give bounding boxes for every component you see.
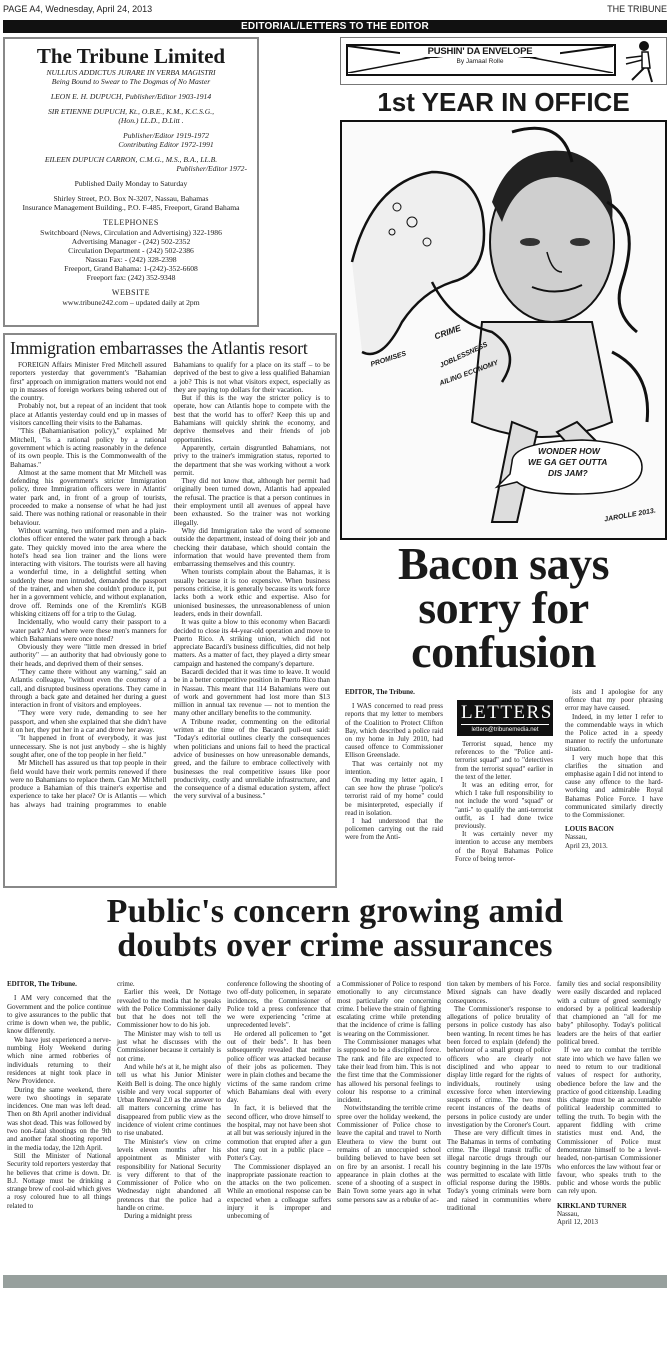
paragraph: I WAS concerned to read press reports th… [345, 702, 443, 759]
headline-line: sorry for [340, 586, 667, 630]
founder-line: LEON E. H. DUPUCH, Publisher/Editor 1903… [11, 92, 251, 101]
letter-column: a Commissioner of Police to respond emot… [337, 980, 441, 1204]
letter-salutation: EDITOR, The Tribune. [345, 688, 443, 696]
bottom-rule-bar [3, 1275, 667, 1288]
signature-name: LOUIS BACON [565, 825, 663, 833]
paragraph: Bacardi decided that it was time to leav… [174, 668, 331, 718]
telephone-line: Circulation Department - (242) 502-2386 [11, 246, 251, 255]
telephone-line: Advertising Manager - (242) 502-2352 [11, 237, 251, 246]
paragraph: I very much hope that this clarifies the… [565, 754, 663, 820]
letters-badge-title: LETTERS [461, 700, 549, 725]
published-line: Published Daily Monday to Saturday [11, 179, 251, 188]
etienne-role-1: Publisher/Editor 1919-1972 [11, 131, 251, 140]
paragraph: I AM very concerned that the Government … [7, 994, 111, 1035]
paragraph: It was quite a blow to this economy when… [174, 618, 331, 668]
etienne-line-1: SIR ETIENNE DUPUCH, Kt., O.B.E., K.M., K… [11, 107, 251, 116]
cartoon-speech-line: DIS JAM? [548, 468, 588, 479]
paragraph: He ordered all policemen to "get out of … [227, 1030, 331, 1105]
signature-name: KIRKLAND TURNER [557, 1202, 661, 1210]
etienne-line-2: (Hon.) LL.D., D.Litt . [11, 116, 251, 125]
paragraph: It was an editing error, for which I tak… [455, 781, 553, 830]
telephones-heading: TELEPHONES [11, 218, 251, 228]
cartoon-byline: By Jamaal Rolle [430, 58, 530, 65]
paragraph: crime. [117, 980, 221, 988]
eileen-line-2: Publisher/Editor 1972- [11, 164, 251, 173]
paragraph: "They came there without any warning," s… [10, 668, 167, 709]
crime-headline: Public's concern growing amid doubts ove… [3, 895, 667, 963]
letter-column: ists and I apologise for any offence tha… [565, 688, 663, 850]
paragraph: Indeed, in my letter I refer to the comm… [565, 713, 663, 754]
signature-date: April 12, 2013 [557, 1218, 661, 1226]
website-heading: WEBSITE [11, 288, 251, 298]
signature-date: April 23, 2013. [565, 842, 663, 850]
motto-latin: NULLIUS ADDICTUS JURARE IN VERBA MAGISTR… [11, 68, 251, 77]
paragraph: "This (Bahamianisation policy)," explain… [10, 427, 167, 468]
masthead-box: The Tribune Limited NULLIUS ADDICTUS JUR… [3, 37, 259, 327]
letter-column: family ties and social responsibility we… [557, 980, 661, 1227]
paragraph: ists and I apologise for any offence tha… [565, 688, 663, 713]
cartoon-banner-title: PUSHIN' DA ENVELOPE [400, 46, 560, 57]
section-bar: EDITORIAL/LETTERS TO THE EDITOR [3, 20, 667, 33]
headline-line: Public's concern growing amid [3, 895, 667, 929]
etienne-role-2: Contributing Editor 1972-1991 [11, 140, 251, 149]
editorial-article: Immigration embarrasses the Atlantis res… [3, 333, 337, 888]
paragraph: But if this is the way the stricter poli… [174, 394, 331, 444]
paragraph: Without warning, two uniformed men and a… [10, 527, 167, 618]
paragraph: The Minister's view on crime levels elev… [117, 1138, 221, 1213]
cartoon-speech-line: WE GA GET OUTTA [528, 457, 607, 468]
paragraph: A Tribune reader, commenting on the edit… [174, 718, 331, 801]
paragraph: Obviously they were "little men dressed … [10, 643, 167, 668]
paragraph: Almost at the same moment that Mr Mitche… [10, 469, 167, 527]
motto-english: Being Bound to Swear to The Dogmas of No… [11, 77, 251, 86]
paragraph: We have just experienced a nerve-numbing… [7, 1036, 111, 1086]
paragraph: They did not know that, although her per… [174, 477, 331, 527]
letters-badge: LETTERS letters@tribunemedia.net [457, 700, 553, 736]
letter-column: conference following the shooting of two… [227, 980, 331, 1221]
paragraph: FOREIGN Affairs Minister Fred Mitchell a… [10, 361, 167, 402]
paragraph: On reading my letter again, I can see ho… [345, 776, 443, 817]
paragraph: And while he's at it, he might also tell… [117, 1063, 221, 1138]
letter-salutation: EDITOR, The Tribune. [7, 980, 111, 988]
telephone-line: Freeport, Grand Bahama: 1-(242)-352-6608 [11, 264, 251, 273]
paragraph: Why did Immigration take the word of som… [174, 527, 331, 568]
paragraph: The Commissioner displayed an inappropri… [227, 1163, 331, 1221]
headline-line: Bacon says [340, 542, 667, 586]
website-link[interactable]: www.tribune242.com – updated daily at 2p… [11, 298, 251, 307]
paragraph: The Commissioner's response to allegatio… [447, 1005, 551, 1129]
paragraph: That was certainly not my intention. [345, 760, 443, 776]
telephone-line: Switchboard (News, Circulation and Adver… [11, 228, 251, 237]
letter-column: EDITOR, The Tribune. I AM very concerned… [7, 980, 111, 1210]
paragraph: The Commissioner manages what is suppose… [337, 1038, 441, 1104]
paragraph: I had understood that the policemen carr… [345, 817, 443, 842]
paragraph: These are very difficult times in The Ba… [447, 1129, 551, 1212]
paragraph: When tourists complain about the Bahamas… [174, 568, 331, 618]
headline-line: doubts over crime assurances [3, 929, 667, 963]
letter-column: crime. Earlier this week, Dr Nottage rev… [117, 980, 221, 1221]
paragraph: Terrorist squad, hence my references to … [455, 740, 553, 781]
address-1: Shirley Street, P.O. Box N-3207, Nassau,… [11, 194, 251, 203]
pushing-man-icon [620, 40, 665, 84]
paragraph: Still the Minister of National Security … [7, 1152, 111, 1210]
eileen-line-1: EILEEN DUPUCH CARRON, C.M.G., M.S., B.A.… [11, 155, 251, 164]
paragraph: Probably not, but a repeat of an inciden… [10, 402, 167, 427]
paragraph: Apparently, certain disgruntled Bahamian… [174, 444, 331, 477]
paragraph: "They were very rude, demanding to see h… [10, 709, 167, 734]
letter-column: tion taken by members of his Force. Mixe… [447, 980, 551, 1212]
letter-column: EDITOR, The Tribune. I WAS concerned to … [345, 688, 443, 842]
paragraph: a Commissioner of Police to respond emot… [337, 980, 441, 1038]
bacon-letter-body: EDITOR, The Tribune. I WAS concerned to … [345, 688, 665, 863]
paragraph: The Minister may wish to tell us just wh… [117, 1030, 221, 1063]
paragraph: conference following the shooting of two… [227, 980, 331, 1030]
paragraph: If we are to combat the terrible state i… [557, 1046, 661, 1195]
cartoon-headline: 1st YEAR IN OFFICE [340, 87, 667, 117]
paragraph: tion taken by members of his Force. Mixe… [447, 980, 551, 1005]
paragraph: It was certainly never my intention to a… [455, 830, 553, 863]
crime-letter-body: EDITOR, The Tribune. I AM very concerned… [3, 980, 667, 1265]
bacon-headline: Bacon says sorry for confusion [340, 542, 667, 674]
telephone-line: Freeport fax: (242) 352-9348 [11, 273, 251, 282]
paragraph: Notwithstanding the terrible crime spree… [337, 1104, 441, 1204]
signature-place: Nassau, [557, 1210, 661, 1218]
editorial-cartoon: PROMISES CRIME JOBLESSNESS AILING ECONOM… [340, 120, 667, 540]
masthead-title: The Tribune Limited [11, 44, 251, 68]
paragraph: During the same weekend, there were two … [7, 1086, 111, 1152]
paper-name: THE TRIBUNE [607, 4, 667, 14]
telephone-line: Nassau Fax: - (242) 328-2398 [11, 255, 251, 264]
page-folio: PAGE A4, Wednesday, April 24, 2013 [3, 4, 152, 14]
letter-column: Terrorist squad, hence my references to … [455, 740, 553, 863]
letters-email[interactable]: letters@tribunemedia.net [457, 725, 553, 735]
paragraph: Earlier this week, Dr Nottage revealed t… [117, 988, 221, 1029]
editorial-headline: Immigration embarrasses the Atlantis res… [10, 338, 330, 358]
paragraph: In fact, it is believed that the second … [227, 1104, 331, 1162]
paragraph: family ties and social responsibility we… [557, 980, 661, 1046]
signature-place: Nassau, [565, 833, 663, 841]
cartoon-speech-line: WONDER HOW [538, 446, 600, 457]
headline-line: confusion [340, 630, 667, 674]
address-2: Insurance Management Building., P.O. F-4… [11, 203, 251, 212]
paragraph: Incidentally, who would carry their pass… [10, 618, 167, 643]
cartoon-illustration-icon [342, 122, 665, 538]
paragraph: "It happened in front of everybody, it w… [10, 734, 167, 759]
editorial-body: FOREIGN Affairs Minister Fred Mitchell a… [10, 361, 330, 809]
paragraph: During a midnight press [117, 1212, 221, 1220]
